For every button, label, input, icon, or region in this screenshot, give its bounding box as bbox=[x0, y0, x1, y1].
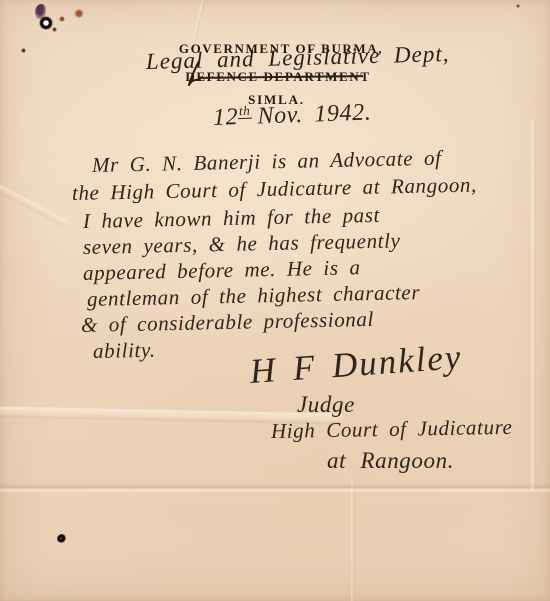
date-rest: Nov. 1942. bbox=[257, 99, 372, 129]
speck-top-right bbox=[516, 4, 520, 8]
body-line: & of considerable professional bbox=[81, 307, 374, 337]
signature-name: H F Dunkley bbox=[249, 337, 464, 392]
fold-crease-vertical-right bbox=[530, 120, 536, 490]
signature-court: High Court of Judicature bbox=[271, 415, 513, 444]
rust-stain-2 bbox=[59, 16, 65, 22]
punch-hole-top bbox=[39, 16, 53, 30]
letter-page: GOVERNMENT OF BURMA, DEFENCE DEPARTMENT … bbox=[0, 0, 550, 601]
rust-stain-3 bbox=[52, 27, 57, 32]
body-line: Mr G. N. Banerji is an Advocate of bbox=[92, 146, 442, 177]
pen-tick-icon bbox=[185, 60, 205, 88]
signature-title: Judge bbox=[297, 392, 355, 418]
body-line: appeared before me. He is a bbox=[83, 255, 361, 285]
signature-location: at Rangoon. bbox=[327, 448, 454, 474]
fold-crease-vertical-bottom bbox=[351, 478, 355, 601]
fold-crease-horizontal bbox=[0, 483, 550, 493]
punch-hole-bottom bbox=[57, 534, 67, 544]
date-day: 12 bbox=[213, 104, 239, 131]
date-line: 12thNov. 1942. bbox=[213, 98, 372, 132]
body-line: I have known him for the past bbox=[83, 203, 380, 233]
fold-crease-left-small bbox=[0, 181, 67, 227]
date-ordinal: th bbox=[238, 103, 252, 119]
rust-stain-1 bbox=[74, 9, 84, 18]
body-line: the High Court of Judicature at Rangoon, bbox=[72, 173, 477, 205]
body-line: ability. bbox=[93, 338, 156, 363]
